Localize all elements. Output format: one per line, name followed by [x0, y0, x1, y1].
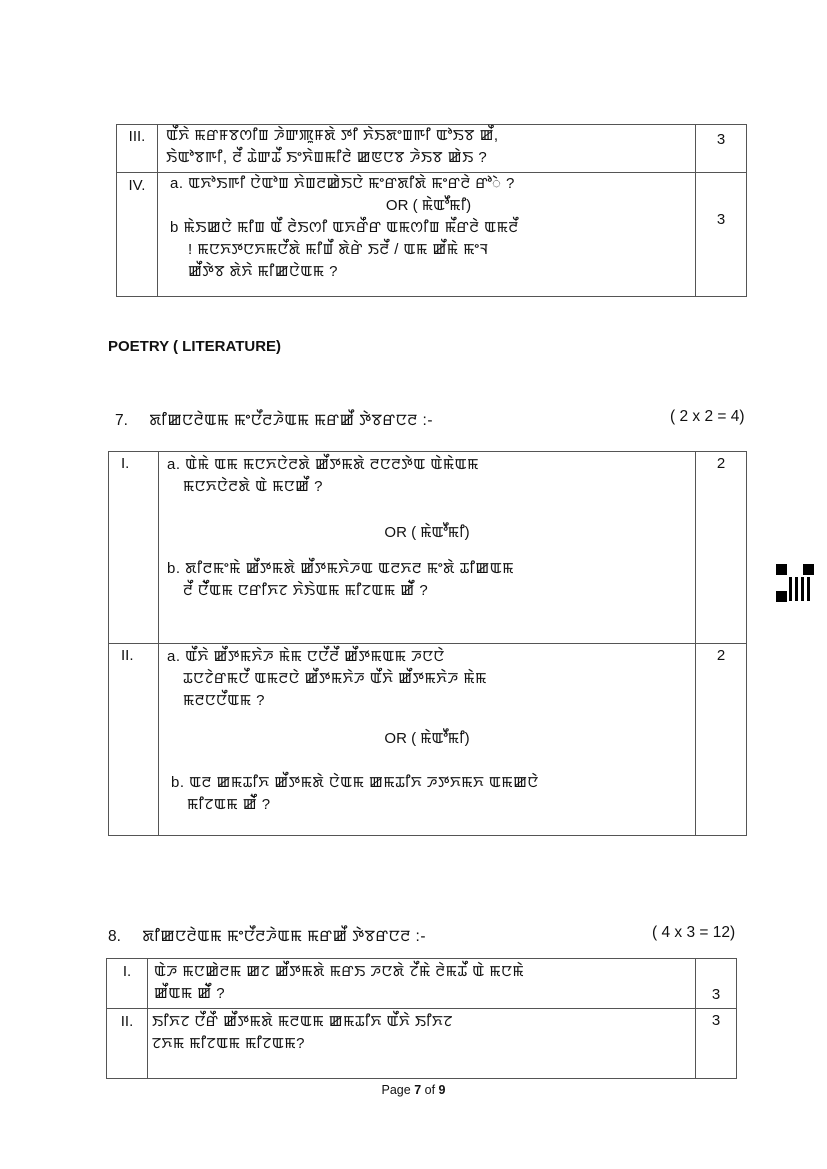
row-number: I.: [109, 452, 159, 644]
question-text: a. ꯑꯈꯣꯏꯒꯤ ꯅꯥꯑꯣꯡ ꯈꯥꯡꯂꯀꯥꯏꯅꯥ ꯃꯦꯔꯗꯤꯗꯥ ꯃꯦꯔꯂꯥ …: [158, 173, 696, 297]
questions-table-continued: III. ꯑꯩꯈꯥ ꯃꯔꯝꯕꯁꯤꯡ ꯍꯥꯛꯄꯨꯝꯗꯥ ꯇꯤ ꯈꯥꯏꯗꯦꯡꯒꯤ ꯑ…: [116, 124, 747, 297]
question-8-table: I. ꯑꯥꯍ ꯃꯅꯀꯥꯂꯃ ꯀꯖ ꯀꯩꯇꯃꯗꯥ ꯃꯔꯏ ꯍꯅꯗꯥ ꯖꯩꯃꯥ ꯂꯥ…: [106, 958, 737, 1079]
qr-code-icon: [776, 564, 814, 602]
question-number: 7.: [115, 412, 145, 430]
row-number: II.: [107, 1009, 148, 1079]
page-footer: Page 7 of 9: [0, 1083, 827, 1097]
row-number: II.: [109, 644, 159, 836]
or-label: OR ( ꯃꯥꯑꯣꯩꯃꯤ): [167, 728, 687, 750]
question-text: ꯏꯤꯈꯖ ꯅꯩꯔꯩ ꯀꯩꯇꯃꯗꯥ ꯃꯂꯑꯃ ꯀꯃꯊꯤꯈ ꯑꯩꯈꯥ ꯏꯤꯈꯖ ꯖꯈ…: [148, 1009, 696, 1079]
question-7-marks: ( 2 x 2 = 4): [670, 408, 745, 426]
table-row: II. ꯏꯤꯈꯖ ꯅꯩꯔꯩ ꯀꯩꯇꯃꯗꯥ ꯃꯂꯑꯃ ꯀꯃꯊꯤꯈ ꯑꯩꯈꯥ ꯏꯤꯈ…: [107, 1009, 737, 1079]
row-number: IV.: [117, 173, 158, 297]
question-7-table: I. a. ꯑꯥꯃꯥ ꯑꯃ ꯃꯅꯈꯅꯥꯂꯗꯥ ꯀꯩꯇꯃꯗꯥ ꯂꯅꯂꯇꯥꯑ ꯑꯥꯃ…: [108, 451, 747, 836]
question-text: a. ꯑꯩꯈꯥ ꯀꯩꯇꯃꯈꯥꯍ ꯃꯥꯃ ꯅꯅꯩꯂꯩ ꯀꯩꯇꯃꯑꯃ ꯍꯅꯅꯥ ꯊꯅ…: [159, 644, 696, 836]
marks-cell: 3: [696, 125, 747, 173]
table-row: II. a. ꯑꯩꯈꯥ ꯀꯩꯇꯃꯈꯥꯍ ꯃꯥꯃ ꯅꯅꯩꯂꯩ ꯀꯩꯇꯃꯑꯃ ꯍꯅꯅ…: [109, 644, 747, 836]
marks-cell: 3: [696, 959, 737, 1009]
total-pages: 9: [439, 1083, 446, 1097]
question-text: ꯑꯥꯍ ꯃꯅꯀꯥꯂꯃ ꯀꯖ ꯀꯩꯇꯃꯗꯥ ꯃꯔꯏ ꯍꯅꯗꯥ ꯖꯩꯃꯥ ꯂꯥꯃꯊꯩ…: [148, 959, 696, 1009]
table-row: III. ꯑꯩꯈꯥ ꯃꯔꯝꯕꯁꯤꯡ ꯍꯥꯛꯄꯨꯝꯗꯥ ꯇꯤ ꯈꯥꯏꯗꯦꯡꯒꯤ ꯑ…: [117, 125, 747, 173]
question-text: a. ꯑꯥꯃꯥ ꯑꯃ ꯃꯅꯈꯅꯥꯂꯗꯥ ꯀꯩꯇꯃꯗꯥ ꯂꯅꯂꯇꯥꯑ ꯑꯥꯃꯥꯑꯃ…: [159, 452, 696, 644]
question-instruction: ꯗꯤꯀꯅꯂꯥꯑꯃ ꯃꯦꯅꯩꯂꯍꯥꯑꯃ ꯃꯔꯀꯩ ꯇꯥꯕꯔꯅꯂ :-: [142, 928, 426, 945]
row-number: I.: [107, 959, 148, 1009]
marks-cell: 3: [696, 173, 747, 297]
table-row: I. ꯑꯥꯍ ꯃꯅꯀꯥꯂꯃ ꯀꯖ ꯀꯩꯇꯃꯗꯥ ꯃꯔꯏ ꯍꯅꯗꯥ ꯖꯩꯃꯥ ꯂꯥ…: [107, 959, 737, 1009]
question-8-marks: ( 4 x 3 = 12): [652, 924, 735, 942]
question-number: 8.: [108, 928, 138, 946]
question-7-header: 7. ꯗꯤꯀꯅꯂꯥꯑꯃ ꯃꯦꯅꯩꯂꯍꯥꯑꯃ ꯃꯔꯀꯩ ꯇꯥꯕꯔꯅꯂ :-: [115, 408, 755, 430]
marks-cell: 3: [696, 1009, 737, 1079]
question-instruction: ꯗꯤꯀꯅꯂꯥꯑꯃ ꯃꯦꯅꯩꯂꯍꯥꯑꯃ ꯃꯔꯀꯩ ꯇꯥꯕꯔꯅꯂ :-: [149, 412, 433, 429]
marks-cell: 2: [696, 644, 747, 836]
or-label: OR ( ꯃꯥꯑꯣꯩꯃꯤ): [167, 522, 687, 544]
question-text: ꯑꯩꯈꯥ ꯃꯔꯝꯕꯁꯤꯡ ꯍꯥꯛꯄꯨꯝꯗꯥ ꯇꯤ ꯈꯥꯏꯗꯦꯡꯒꯤ ꯑꯣꯏꯕ ꯀ…: [158, 125, 696, 173]
or-label: OR ( ꯃꯥꯑꯣꯩꯃꯤ): [170, 195, 687, 217]
row-number: III.: [117, 125, 158, 173]
marks-cell: 2: [696, 452, 747, 644]
section-heading: POETRY ( LITERATURE): [108, 338, 281, 355]
table-row: I. a. ꯑꯥꯃꯥ ꯑꯃ ꯃꯅꯈꯅꯥꯂꯗꯥ ꯀꯩꯇꯃꯗꯥ ꯂꯅꯂꯇꯥꯑ ꯑꯥꯃ…: [109, 452, 747, 644]
table-row: IV. a. ꯑꯈꯣꯏꯒꯤ ꯅꯥꯑꯣꯡ ꯈꯥꯡꯂꯀꯥꯏꯅꯥ ꯃꯦꯔꯗꯤꯗꯥ ꯃꯦ…: [117, 173, 747, 297]
